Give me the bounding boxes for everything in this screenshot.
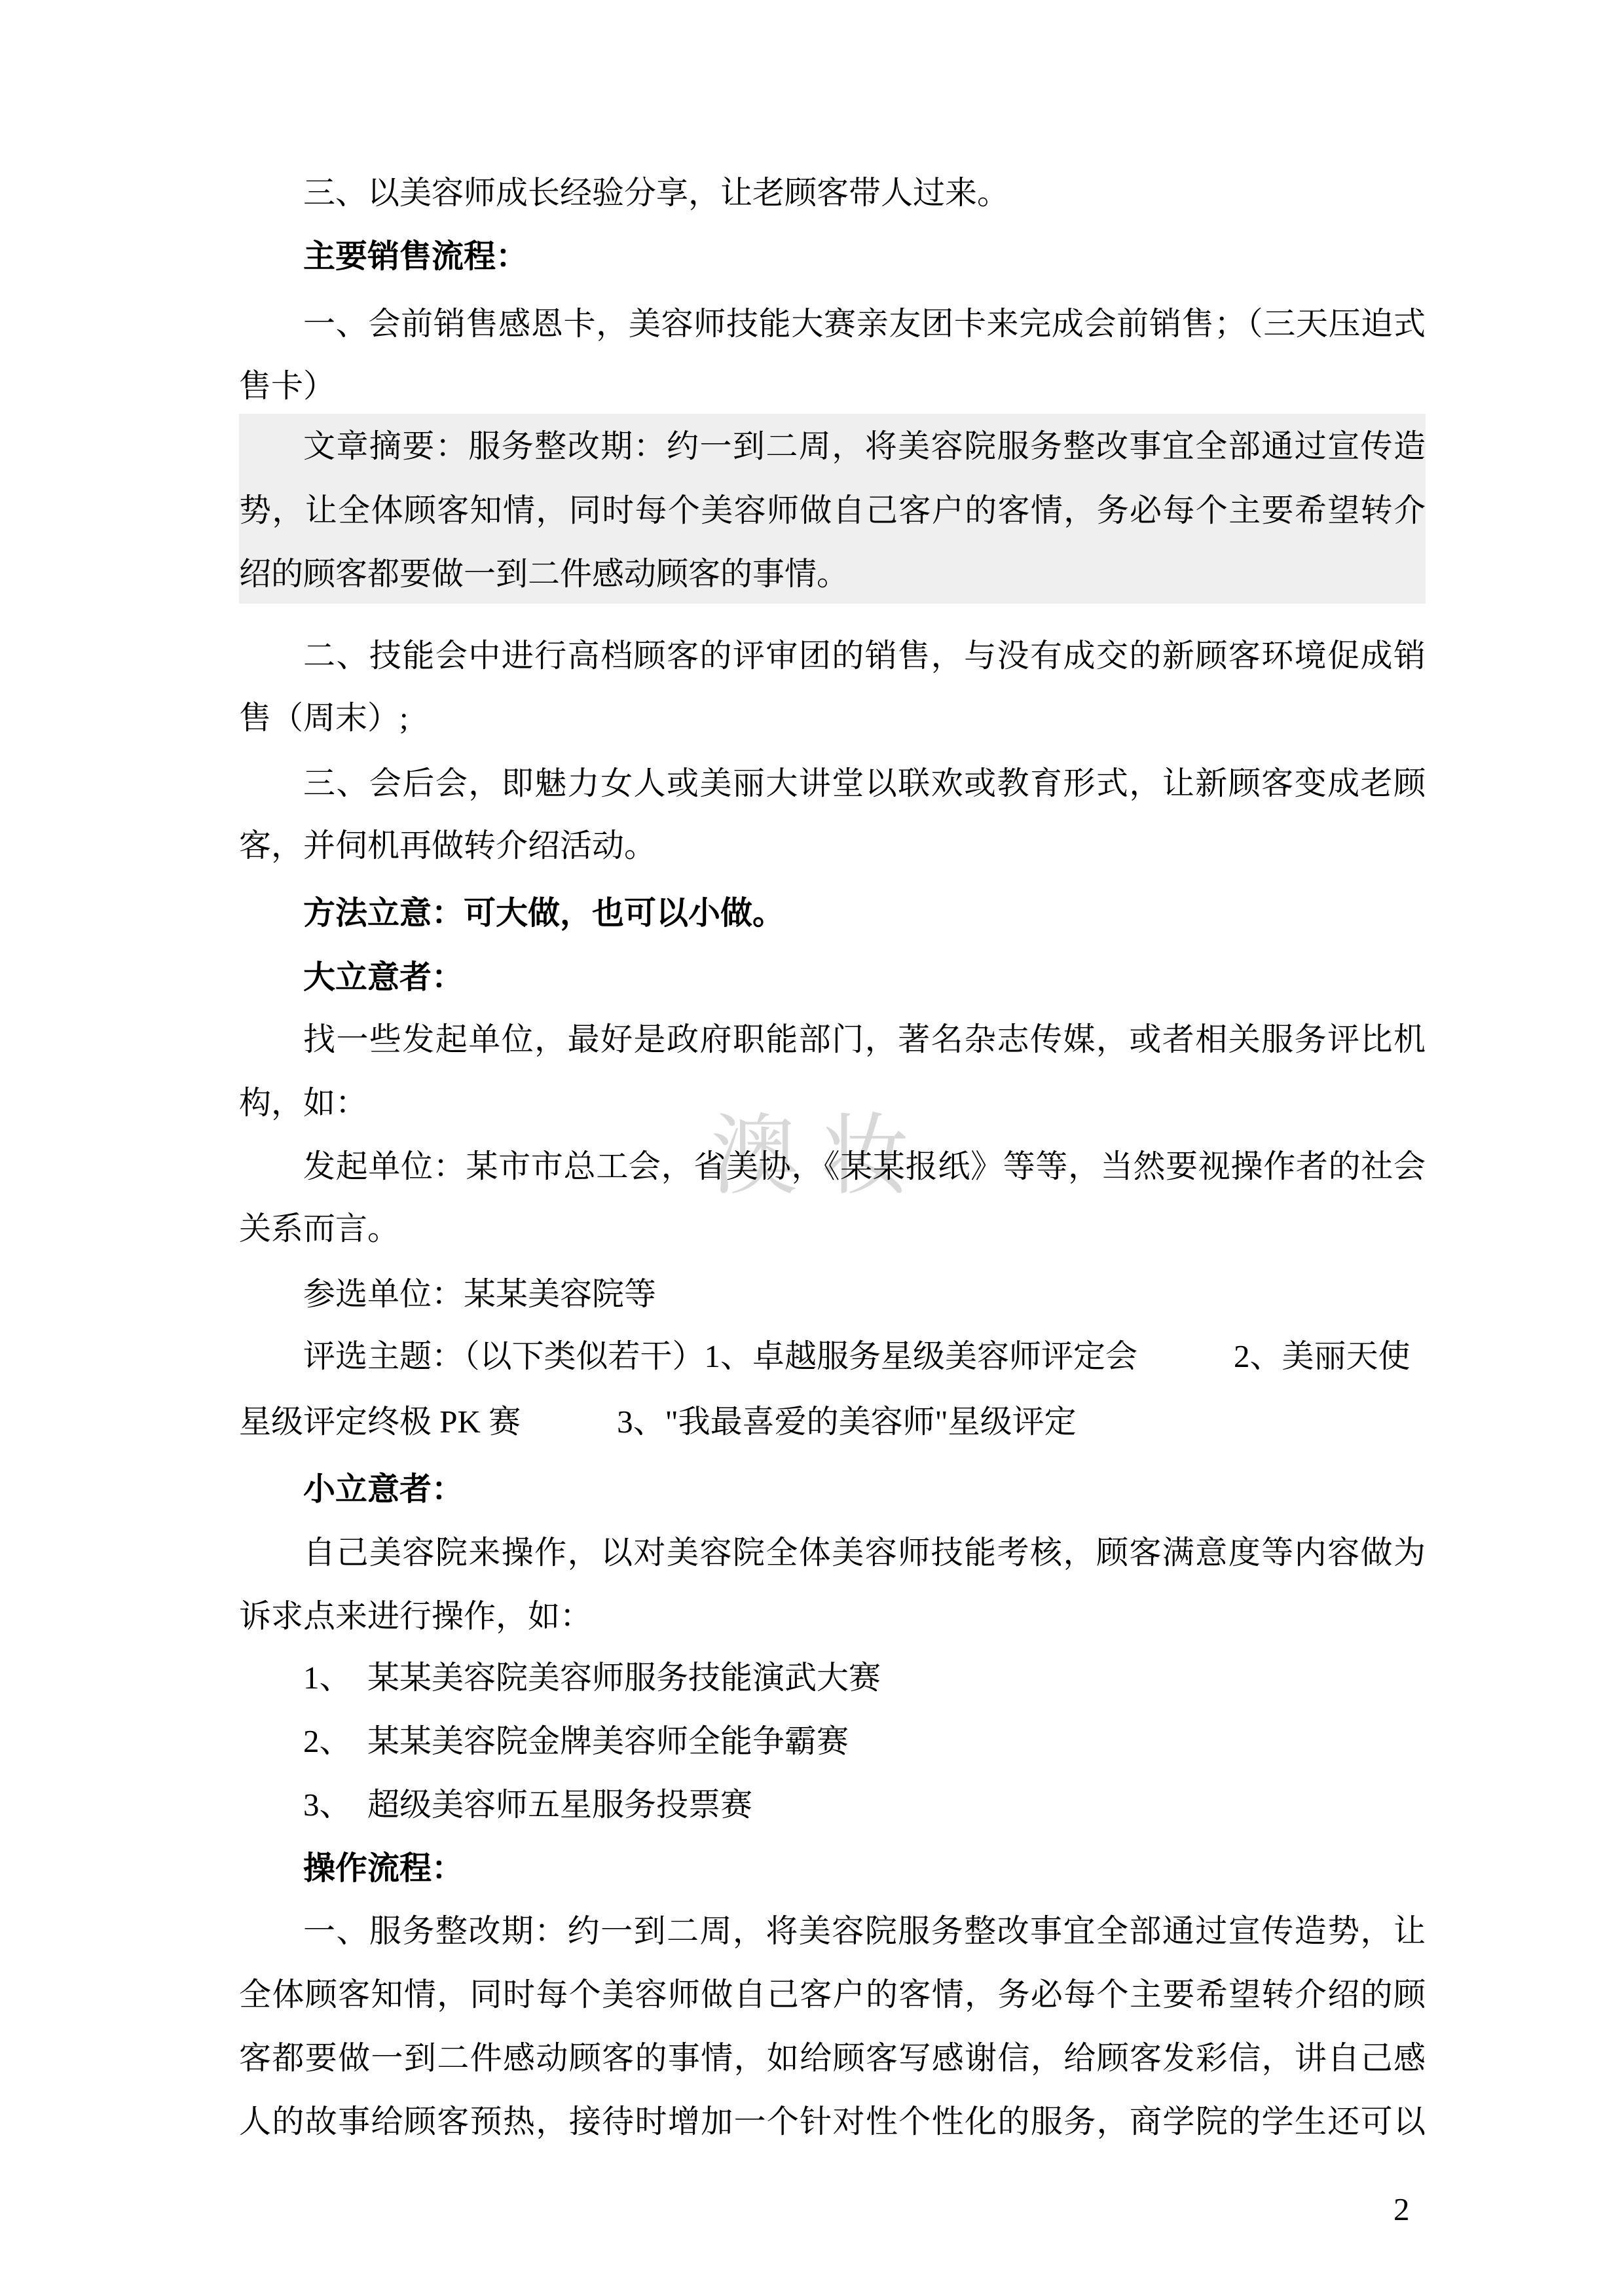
section-heading: 操作流程： bbox=[239, 1836, 1426, 1900]
abstract-line: 文章摘要：服务整改期：约一到二周，将美容院服务整改事宜全部通过宣传造 bbox=[239, 414, 1426, 478]
paragraph-line: 人的故事给顾客预热，接待时增加一个针对性个性化的服务，商学院的学生还可以 bbox=[239, 2090, 1426, 2153]
paragraph-line: 客都要做一到二件感动顾客的事情，如给顾客写感谢信，给顾客发彩信，讲自己感 bbox=[239, 2026, 1426, 2090]
section-heading: 小立意者： bbox=[239, 1457, 1426, 1521]
page-number: 2 bbox=[1393, 2178, 1410, 2241]
section-heading: 主要销售流程： bbox=[239, 225, 1426, 288]
paragraph-line: 评选主题：（以下类似若干）1、卓越服务星级美容师评定会 2、美丽天使 bbox=[239, 1324, 1426, 1388]
paragraph-line: 一、服务整改期：约一到二周，将美容院服务整改事宜全部通过宣传造势，让 bbox=[239, 1899, 1426, 1963]
paragraph-line: 星级评定终极 PK 赛 3、"我最喜爱的美容师"星级评定 bbox=[239, 1390, 1426, 1453]
paragraph-line: 自己美容院来操作，以对美容院全体美容师技能考核，顾客满意度等内容做为 bbox=[239, 1521, 1426, 1584]
list-item: 2、 某某美容院金牌美容师全能争霸赛 bbox=[239, 1709, 1426, 1773]
paragraph-line: 发起单位：某市市总工会，省美协，《某某报纸》等等，当然要视操作者的社会 bbox=[239, 1135, 1426, 1198]
list-item: 3、 超级美容师五星服务投票赛 bbox=[239, 1773, 1426, 1836]
list-item: 1、 某某美容院美容师服务技能演武大赛 bbox=[239, 1646, 1426, 1709]
abstract-line: 势，让全体顾客知情，同时每个美容师做自己客户的客情，务必每个主要希望转介 bbox=[239, 479, 1426, 542]
paragraph-line: 构，如： bbox=[239, 1071, 1426, 1135]
paragraph-line: 三、会后会，即魅力女人或美丽大讲堂以联欢或教育形式，让新顾客变成老顾 bbox=[239, 752, 1426, 815]
paragraph-line: 一、会前销售感恩卡，美容师技能大赛亲友团卡来完成会前销售；（三天压迫式 bbox=[239, 292, 1426, 355]
paragraph-line: 找一些发起单位，最好是政府职能部门，著名杂志传媒，或者相关服务评比机 bbox=[239, 1008, 1426, 1071]
paragraph-line: 客，并伺机再做转介绍活动。 bbox=[239, 814, 1426, 877]
paragraph-line: 售（周末）; bbox=[239, 686, 1426, 750]
section-heading: 方法立意：可大做，也可以小做。 bbox=[239, 881, 1426, 945]
paragraph-line: 售卡） bbox=[239, 354, 1426, 418]
document-page: 澳 妆 三、以美容师成长经验分享，让老顾客带人过来。 主要销售流程： 一、会前销… bbox=[0, 0, 1624, 2296]
paragraph-line: 参选单位：某某美容院等 bbox=[239, 1262, 1426, 1326]
paragraph-line: 关系而言。 bbox=[239, 1197, 1426, 1260]
section-heading: 大立意者： bbox=[239, 945, 1426, 1009]
paragraph-line: 全体顾客知情，同时每个美容师做自己客户的客情，务必每个主要希望转介绍的顾 bbox=[239, 1963, 1426, 2026]
abstract-line: 绍的顾客都要做一到二件感动顾客的事情。 bbox=[239, 542, 1426, 606]
paragraph-line: 诉求点来进行操作，如： bbox=[239, 1584, 1426, 1648]
paragraph-line: 三、以美容师成长经验分享，让老顾客带人过来。 bbox=[239, 161, 1426, 225]
paragraph-line: 二、技能会中进行高档顾客的评审团的销售，与没有成交的新顾客环境促成销 bbox=[239, 624, 1426, 687]
